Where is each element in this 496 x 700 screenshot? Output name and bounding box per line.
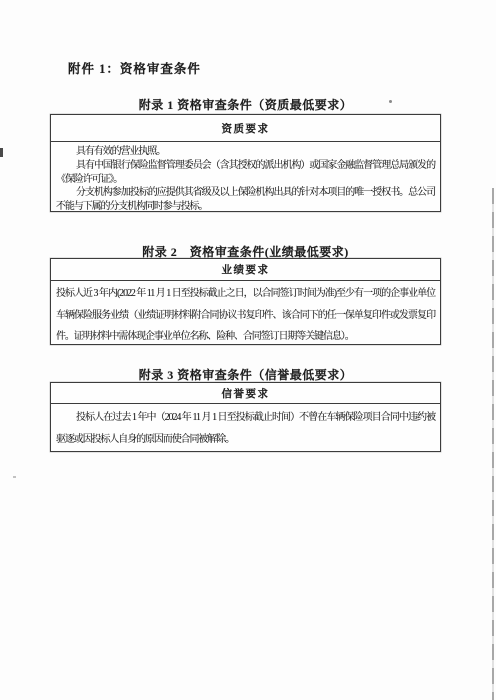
appendix-3-table: 信誉要求 投标人在过去 1 年中（2024 年 11 月 1 日至投标截止时间）… [50,382,441,452]
appendix-1-paragraph-3: 分支机构参加投标的应提供其省级及以上保险机构出具的针对本项目的唯一授权书。总公司… [56,186,435,214]
scan-artifact-speck [13,476,16,478]
appendix-1-table-header: 资质要求 [51,115,440,142]
scan-artifact-left-edge-mark [0,148,3,157]
appendix-2-table-header: 业绩要求 [51,259,440,281]
appendix-2-table: 业绩要求 投标人近 3 年内(2022 年 11 月 1 日至投标截止之日，以合… [50,258,441,345]
appendix-3-table-header: 信誉要求 [51,383,440,404]
appendix-3-paragraph-1: 投标人在过去 1 年中（2024 年 11 月 1 日至投标截止时间）不曾在车辆… [56,407,435,451]
appendix-2-paragraph-1: 投标人近 3 年内(2022 年 11 月 1 日至投标截止之日，以合同签订时间… [56,283,435,348]
scanned-document-page: 附件 1：资格审查条件 附录 1 资格审查条件（资质最低要求） 资质要求 具有有… [0,0,496,700]
appendix-1-table-body: 具有有效的营业执照。 具有中国银行保险监督管理委员会（含其授权的派出机构）或国家… [51,142,440,214]
appendix-3-title: 附录 3 资格审查条件（信誉最低要求） [50,366,441,383]
appendix-2-table-body: 投标人近 3 年内(2022 年 11 月 1 日至投标截止之日，以合同签订时间… [51,281,440,348]
appendix-1-paragraph-1: 具有有效的营业执照。 [56,145,435,159]
attachment-heading: 附件 1：资格审查条件 [68,59,201,77]
scan-artifact-right-edge-line [492,188,494,700]
appendix-1-table: 资质要求 具有有效的营业执照。 具有中国银行保险监督管理委员会（含其授权的派出机… [50,114,441,212]
appendix-3-table-body: 投标人在过去 1 年中（2024 年 11 月 1 日至投标截止时间）不曾在车辆… [51,404,440,451]
scan-artifact-speck [389,100,392,103]
appendix-1-title: 附录 1 资格审查条件（资质最低要求） [50,96,441,113]
appendix-1-paragraph-2: 具有中国银行保险监督管理委员会（含其授权的派出机构）或国家金融监督管理总局颁发的… [56,159,435,187]
